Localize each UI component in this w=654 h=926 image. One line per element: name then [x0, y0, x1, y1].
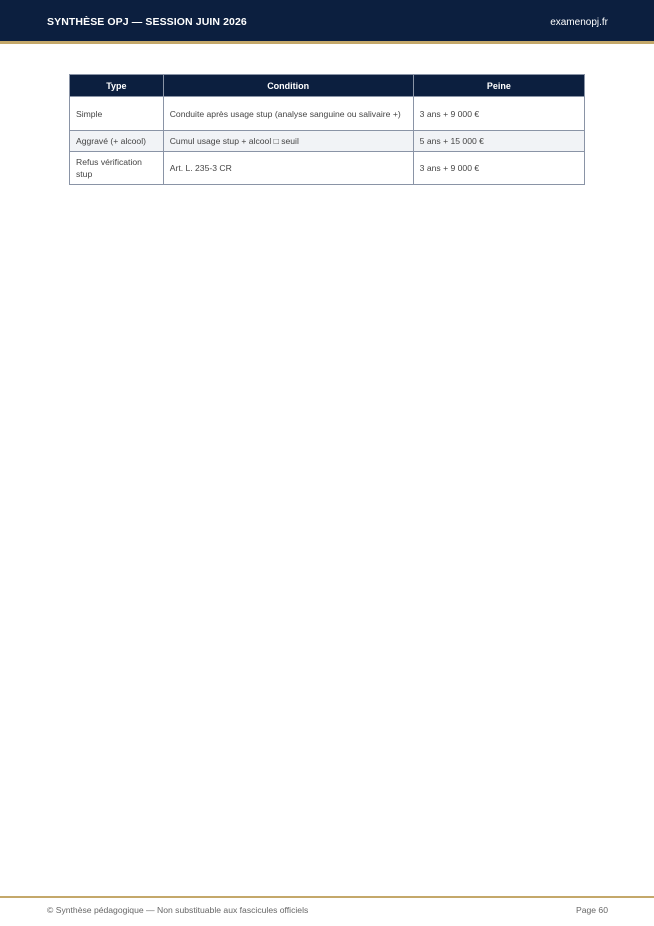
cell-peine: 5 ans + 15 000 € [413, 131, 584, 152]
header-site: examenopj.fr [550, 17, 608, 28]
footer-note: © Synthèse pédagogique — Non substituabl… [47, 905, 308, 915]
cell-peine: 3 ans + 9 000 € [413, 97, 584, 131]
penalty-table: Type Condition Peine Simple Conduite apr… [69, 74, 585, 185]
cell-condition: Conduite après usage stup (analyse sangu… [163, 97, 413, 131]
header-title: SYNTHÈSE OPJ — SESSION JUIN 2026 [47, 16, 247, 28]
cell-type: Aggravé (+ alcool) [70, 131, 164, 152]
column-header-condition: Condition [163, 75, 413, 97]
cell-type: Refus vérification stup [70, 152, 164, 185]
page-number: Page 60 [576, 905, 608, 915]
cell-type: Simple [70, 97, 164, 131]
column-header-type: Type [70, 75, 164, 97]
table-row: Aggravé (+ alcool) Cumul usage stup + al… [70, 131, 585, 152]
column-header-peine: Peine [413, 75, 584, 97]
cell-condition: Cumul usage stup + alcool □ seuil [163, 131, 413, 152]
table-row: Simple Conduite après usage stup (analys… [70, 97, 585, 131]
page-header: SYNTHÈSE OPJ — SESSION JUIN 2026 exameno… [0, 0, 654, 44]
table-header-row: Type Condition Peine [70, 75, 585, 97]
cell-peine: 3 ans + 9 000 € [413, 152, 584, 185]
cell-condition: Art. L. 235-3 CR [163, 152, 413, 185]
table-row: Refus vérification stup Art. L. 235-3 CR… [70, 152, 585, 185]
footer-divider [0, 896, 654, 898]
